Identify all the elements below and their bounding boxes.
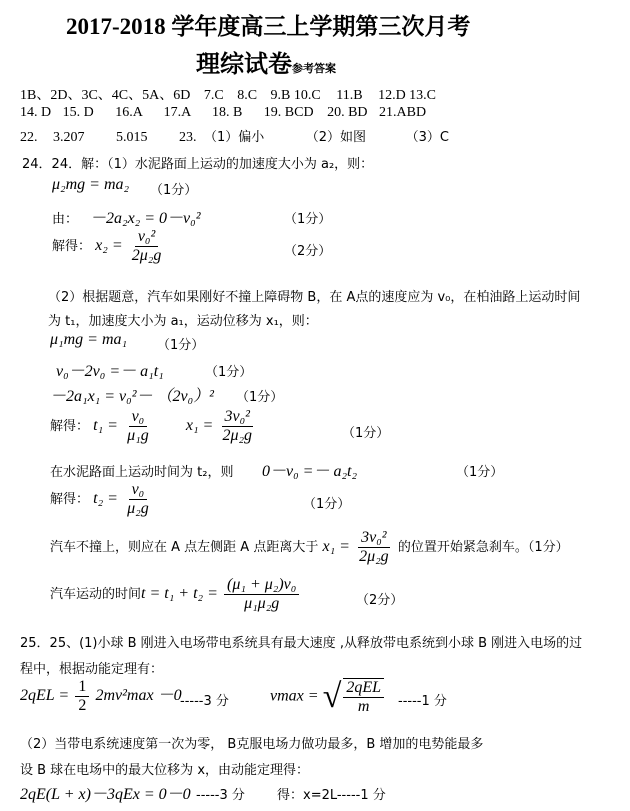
eq-text: 汽车不撞上，则应在 A 点左侧距 A 点距离大于 (50, 540, 318, 555)
fraction: v₀²2μ₂g (129, 228, 165, 265)
answer: 23. (179, 130, 197, 145)
answer: 17.A (164, 105, 191, 120)
q25-eq1-score: -----3 分 (180, 690, 229, 709)
eq-lhs: x₁ = (322, 538, 349, 555)
q24-eq4-score: （1分） (157, 334, 204, 353)
answer: 19. BCD (264, 105, 314, 120)
q25-part2-line1: （2）当带电系统速度第一次为零， B克服电场力做功最多，B 增加的电势能最多 (20, 733, 483, 752)
q24-eq7-score: （1分） (342, 422, 389, 441)
q24-eq1-score: （1分） (150, 179, 197, 198)
eq-lhs: x₁ = (186, 417, 213, 434)
answer: 12.D 13.C (378, 88, 436, 103)
subtitle-answer-key: 参考答案 (292, 62, 336, 75)
q24-part2-line2: 为 t₁，加速度大小为 a₁，运动位移为 x₁，则： (48, 310, 318, 329)
answer: 8.C (237, 88, 257, 103)
q24-eq3-score: （2分） (284, 240, 331, 259)
answer: 16.A (115, 105, 142, 120)
answer: 11.B (336, 88, 362, 103)
answer: 1B、2D、3C、4C、5A、6D (20, 88, 190, 103)
eq-prefix: 解得： (50, 419, 89, 434)
answer: 20. BD (327, 105, 367, 120)
eq-lhs: x₂ = (95, 237, 122, 254)
answer: 21.ABD (379, 105, 426, 120)
document-title: 2017-2018 学年度高三上学期第三次月考 (66, 8, 470, 41)
eq-lhs: t₂ = (93, 490, 118, 507)
q24-eq10: 汽车不撞上，则应在 A 点左侧距 A 点距离大于 x₁ = 3v₀²2μ₂g 的… (50, 529, 569, 566)
answers-row-1: 1B、2D、3C、4C、5A、6D 7.C 8.C 9.B 10.C 11.B … (20, 84, 436, 104)
answer: （2）如图 (306, 130, 366, 145)
q25-eq4: 得：x=2L-----1 分 (277, 784, 386, 803)
q24-eq5-score: （1分） (205, 361, 252, 380)
answers-row-2: 14. D 15. D 16.A 17.A 18. B 19. BCD 20. … (20, 105, 426, 121)
q24-eq5: v₀－2v₀ =－ a₁t₁ (56, 358, 164, 381)
fraction: v₀μ₂g (124, 481, 152, 518)
answer: 18. B (212, 105, 242, 120)
fraction: (μ₁ + μ₂)v₀μ₁μ₂g (224, 576, 299, 613)
q24-eq2-score: （1分） (284, 208, 331, 227)
answer: （3）C (406, 130, 449, 145)
q25-eq2: vmax = √2qELm (270, 678, 386, 716)
q24-eq6: －2a₁x₁ = v₀²－ （2v₀）² (50, 383, 214, 406)
fraction: 3v₀²2μ₂g (356, 529, 392, 566)
eq-prefix: 解得： (52, 239, 91, 254)
answer: 22. (20, 130, 38, 145)
q24-eq9-score: （1分） (303, 493, 350, 512)
q25-eq1: 2qEL = 12 2mv²max －0 (20, 678, 182, 715)
fraction: 3v₀²2μ₂g (219, 408, 255, 445)
eq-lhs: 2qEL = (20, 687, 69, 704)
answer: 9.B 10.C (271, 88, 321, 103)
q25-eq3: 2qE(L + x)－3qEx = 0－0 (20, 781, 191, 804)
q25-line2: 程中，根据动能定理有： (20, 658, 163, 677)
eq-text: 汽车运动的时间 (50, 587, 141, 602)
q24-eq2: －2a₂x₂ = 0－v₀² (90, 205, 201, 228)
eq-lhs: vmax = (270, 688, 319, 705)
q24-eq7: 解得： t₁ = v₀μ₁g x₁ = 3v₀²2μ₂g (50, 408, 257, 445)
q24-eq11-score: （2分） (356, 589, 403, 608)
eq-suffix: 的位置开始紧急刹车。（1分） (398, 540, 569, 555)
answers-row-3: 22. 3.207 5.015 23. （1）偏小 （2）如图 （3）C (20, 126, 449, 146)
q24-eq8-score: （1分） (456, 461, 503, 480)
q25-part2-line2: 设 B 球在电场中的最大位移为 x，由动能定理得： (20, 759, 309, 778)
subtitle-main: 理综试卷 (196, 50, 292, 78)
q24-eq11: 汽车运动的时间t = t₁ + t₂ = (μ₁ + μ₂)v₀μ₁μ₂g (50, 576, 301, 613)
eq-prefix: 解得： (50, 492, 89, 507)
q24-eq8: 0－v₀ =－ a₂t₂ (262, 458, 357, 481)
q24-eq4: μ₁mg = ma₁ (50, 331, 127, 349)
answer: （1）偏小 (204, 130, 264, 145)
q25-eq2-score: -----1 分 (398, 690, 447, 709)
q24-eq1: μ₂mg = ma₂ (52, 176, 129, 194)
q24-heading: 24．24．解：（1）水泥路面上运动的加速度大小为 a₂，则： (22, 153, 373, 172)
fraction: v₀μ₁g (124, 408, 152, 445)
answer: 5.015 (116, 130, 148, 145)
q24-part2-line1: （2）根据题意，汽车如果刚好不撞上障碍物 B，在 A点的速度应为 v₀，在柏油路… (48, 286, 580, 305)
eq-rhs: 2mv²max －0 (95, 687, 181, 704)
answer: 3.207 (53, 130, 85, 145)
document-subtitle: 理综试卷参考答案 (196, 44, 336, 79)
q24-eq2-prefix: 由： (52, 208, 78, 227)
fraction: 12 (75, 678, 89, 715)
square-root: √2qELm (323, 678, 386, 716)
q24-eq9: 解得： t₂ = v₀μ₂g (50, 481, 154, 518)
q25-line1: 25．25、(1)小球 B 刚进入电场带电系统具有最大速度 ,从释放带电系统到小… (20, 632, 582, 651)
answer: 14. D (20, 105, 51, 120)
eq-lhs: t₁ = (93, 417, 118, 434)
q25-eq3-score: -----3 分 (196, 784, 245, 803)
q24-eq3: 解得： x₂ = v₀²2μ₂g (52, 228, 166, 265)
answer: 15. D (63, 105, 94, 120)
eq-lhs: t = t₁ + t₂ = (141, 585, 218, 602)
q24-eq6-score: （1分） (236, 386, 283, 405)
q24-eq8-text: 在水泥路面上运动时间为 t₂，则 (50, 461, 233, 480)
answer: 7.C (204, 88, 224, 103)
